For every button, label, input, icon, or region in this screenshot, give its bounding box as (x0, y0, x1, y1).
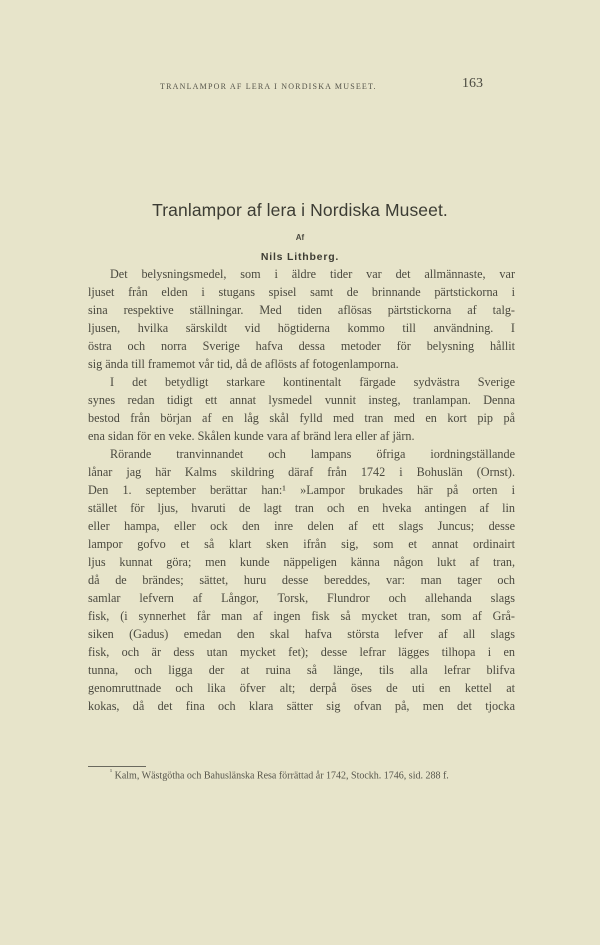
text-line: lampor gofvo et så klart sken ifrån sig,… (88, 535, 515, 553)
paragraph-1: Det belysningsmedel, som i äldre tider v… (88, 265, 515, 373)
text-line: ena sidan för en veke. Skålen kunde vara… (88, 427, 515, 445)
text-line: bestod från början af en låg skål fylld … (88, 409, 515, 427)
text-line: då de brändes; sättet, huru desse beredd… (88, 571, 515, 589)
footnote-divider (88, 766, 146, 767)
page-number: 163 (462, 76, 483, 92)
text-line: I det betydligt starkare kontinentalt fä… (88, 373, 515, 391)
text-line: eller hampa, eller ock den inre delen af… (88, 517, 515, 535)
text-line: kokas, då det fina och klara sätter sig … (88, 697, 515, 715)
text-line: sina respektive ställningar. Med tiden a… (88, 301, 515, 319)
text-line: stället för ljus, hvaruti de lagt tran o… (88, 499, 515, 517)
text-line: tunna, och ligga der at ruina så länge, … (88, 661, 515, 679)
text-line: genomruttnade och lika öfver alt; derpå … (88, 679, 515, 697)
paragraph-2: I det betydligt starkare kontinentalt fä… (88, 373, 515, 445)
footnote-text: Kalm, Wästgötha och Bahuslänska Resa för… (115, 770, 449, 781)
text-line: Rörande tranvinnandet och lampans öfriga… (88, 445, 515, 463)
text-line: Det belysningsmedel, som i äldre tider v… (88, 265, 515, 283)
document-page: Tranlampor af lera i Nordiska Museet. 16… (0, 0, 600, 945)
text-line: siken (Gadus) emedan den skal hafva stör… (88, 625, 515, 643)
text-line: samlar lefvern af Långor, Torsk, Flundro… (88, 589, 515, 607)
text-line: fisk, och är dess utan mycket fet); dess… (88, 643, 515, 661)
footnote: ¹ Kalm, Wästgötha och Bahuslänska Resa f… (110, 768, 449, 781)
text-line: Den 1. september berättar han:¹ »Lampor … (88, 481, 515, 499)
text-line: fisk, (i synnerhet får man af ingen fisk… (88, 607, 515, 625)
text-line: ljus kunnat göra; men kunde näppeligen k… (88, 553, 515, 571)
footnote-marker: ¹ (110, 768, 112, 776)
text-line: ljuset från elden i stugans spisel samt … (88, 283, 515, 301)
text-line: sig ända till framemot vår tid, då de af… (88, 355, 515, 373)
paragraph-3: Rörande tranvinnandet och lampans öfriga… (88, 445, 515, 715)
text-line: östra och norra Sverige hafva dessa meto… (88, 337, 515, 355)
article-title: Tranlampor af lera i Nordiska Museet. (0, 200, 600, 221)
article-author: Nils Lithberg. (0, 251, 600, 263)
text-line: synes redan tidigt ett annat lysmedel vu… (88, 391, 515, 409)
text-line: lånar jag här Kalms skildring däraf från… (88, 463, 515, 481)
running-head: Tranlampor af lera i Nordiska Museet. (160, 82, 377, 91)
body-text: Det belysningsmedel, som i äldre tider v… (88, 265, 515, 715)
text-line: ljusen, hvilka särskildt vid högtiderna … (88, 319, 515, 337)
byline-prefix: Af (0, 233, 600, 242)
